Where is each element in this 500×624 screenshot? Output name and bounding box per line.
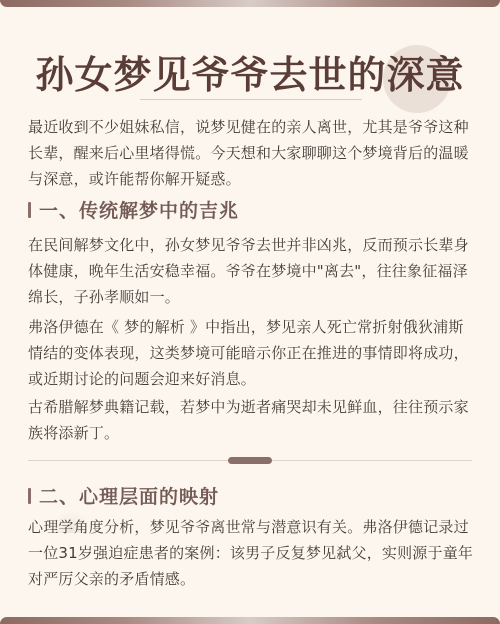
- top-border-bar: [0, 0, 500, 7]
- section-2-paragraph-1: 心理学角度分析，梦见爷爷离世常与潜意识有关。弗洛伊德记录过一位31岁强迫症患者的…: [28, 514, 474, 592]
- article-page: 孙女梦见爷爷去世的深意 最近收到不少姐妹私信，说梦见健在的亲人离世，尤其是爷爷这…: [0, 0, 500, 624]
- section-1-paragraph-1: 在民间解梦文化中，孙女梦见爷爷去世并非凶兆，反而预示长辈身体健康，晚年生活安稳幸…: [28, 232, 474, 310]
- title-divider: [140, 99, 362, 100]
- intro-paragraph: 最近收到不少姐妹私信，说梦见健在的亲人离世，尤其是爷爷这种长辈，醒来后心里堵得慌…: [28, 114, 474, 192]
- page-title: 孙女梦见爷爷去世的深意: [0, 52, 500, 98]
- section-heading-1: 一、传统解梦中的吉兆: [28, 196, 239, 223]
- heading-bar-icon: [28, 488, 31, 504]
- section-heading-2: 二、心理层面的映射: [28, 482, 219, 509]
- section-1-paragraph-3: 古希腊解梦典籍记载，若梦中为逝者痛哭却未见鲜血，往往预示家族将添新丁。: [28, 394, 474, 446]
- section-divider-pill: [228, 457, 272, 464]
- bottom-border-bar: [0, 617, 500, 624]
- section-1-paragraph-2: 弗洛伊德在《 梦的解析 》中指出，梦见亲人死亡常折射俄狄浦斯情结的变体表现，这类…: [28, 314, 474, 392]
- heading-bar-icon: [28, 202, 31, 218]
- section-heading-1-text: 一、传统解梦中的吉兆: [39, 196, 239, 223]
- section-heading-2-text: 二、心理层面的映射: [39, 482, 219, 509]
